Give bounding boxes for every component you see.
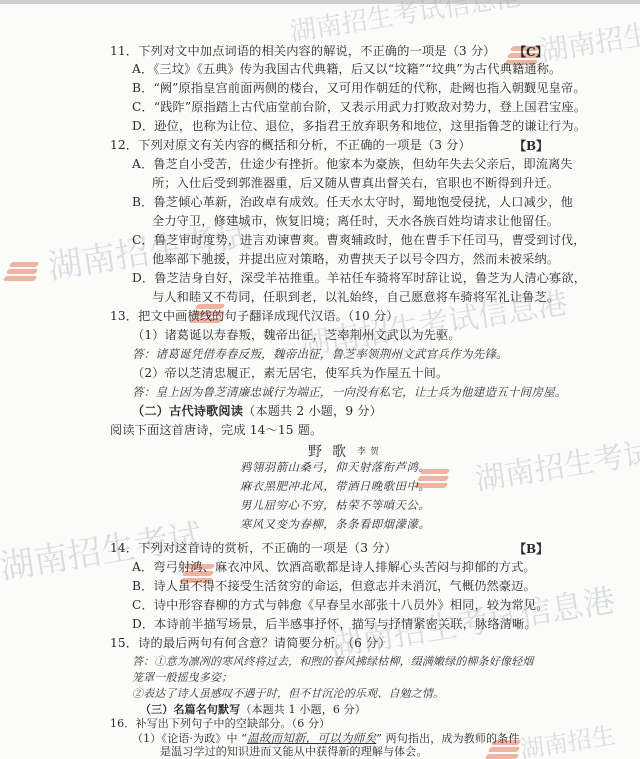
section2-heading-row: （二）古代诗歌阅读（本题共 2 小题，9 分） [132, 403, 382, 419]
section3-heading: （三）名篇名句默写 [140, 703, 240, 716]
q11-option-a: A．《三坟》《五典》传为我国古代典籍，后又以“坟籍”“坟典”为古代典籍通称。 [132, 61, 561, 77]
poem-line-3: 男儿屈穷心不穷，枯荣不等嗔天公。 [240, 498, 430, 514]
poem-line-2: 麻衣黑肥冲北风，带酒日晚歌田中。 [240, 479, 430, 495]
q14-option-c: C．诗中形容春柳的方式与韩愈《早春呈水部张十八员外》相同，较为常见。 [132, 597, 549, 613]
q13-answer2: 答：皇上因为鲁芝清廉忠诚行为端正，一向没有私宅，让士兵为他建造五十间房屋。 [132, 384, 567, 400]
section2-heading: （二）古代诗歌阅读 [132, 404, 243, 418]
q14-option-b: B．诗人虽不得不接受生活贫穷的命运，但意志并未消沉，气概仍然豪迈。 [132, 578, 536, 594]
q15-answer-line2: 笼罩一般摇曳多姿； [132, 670, 232, 686]
q13-answer1: 答：诸葛诞凭借寿春反叛，魏帝出征，鲁芝率领荆州文武官兵作为先锋。 [132, 346, 508, 362]
section3-note: （本题共 1 小题，6 分） [240, 703, 366, 716]
q13-item1: （1）诸葛诞以寿春叛，魏帝出征，芝率荆州文武以为先驱。 [132, 327, 461, 343]
q12-option-d: D．鲁芝洁身自好，深受羊祜推重。羊祜任车骑将军时辞让说，鲁芝为人清心寡欲， [132, 270, 586, 286]
q12-option-c: C．鲁芝审时度势，进言劝谏曹爽。曹爽辅政时，他在曹手下任司马，曹受到讨伐， [132, 232, 586, 248]
q12-option-b-cont: 全力守卫，修建城市，恢复旧境；离任时，天水各族百姓均请求让他留任。 [152, 213, 559, 229]
q14-option-a: A．弯弓射鸿、麻衣冲风、饮酒高歌都是诗人排解心头苦闷与抑郁的方式。 [132, 559, 536, 575]
q15-stem-visible: 15．诗的最后两句有何含意？请简要分析。（6 分） [110, 635, 391, 651]
q11-option-b: B．“阙”原指皇宫前面两侧的楼台，又可用作朝廷的代称，赴阙也指入朝觐见皇帝。 [132, 80, 586, 96]
q12-answer-key: 【B】 [514, 137, 548, 154]
q11-stem: 11．下列对文中加点词语的相关内容的解说，不正确的一项是（3 分） [110, 43, 496, 59]
q16-item1-blank-answer: 温故而知新，可以为师矣 [247, 731, 376, 745]
q11-option-c: C．“践阼”原指踏上古代庙堂前台阶，又表示用武力打败敌对势力，登上国君宝座。 [132, 99, 586, 115]
q15-answer-line1: 答：①意为凛冽的寒风终将过去，和煦的春风拂绿枯柳，缀满嫩绿的柳条好像轻烟 [132, 654, 533, 670]
poem-line-1: 鸦翎羽箭山桑弓，仰天射落衔芦鸿。 [240, 460, 430, 476]
q12-option-c-cont: 他率部下驰援，并提出应对策略，劝曹挟天子以号令四方，然而未被采纳。 [152, 251, 559, 267]
poem-author: 李贺 [357, 444, 383, 457]
poem-title: 野歌 [308, 441, 356, 461]
section2-intro: 阅读下面这首唐诗，完成 14～15 题。 [110, 422, 322, 438]
q14-answer-key: 【B】 [514, 540, 548, 557]
q12-option-d-cont: 与人和睦又不苟同，任职到老，以礼始终，自己愿意将车骑将军礼让鲁芝。 [152, 289, 559, 305]
q13-item2: （2）帝以芝清忠履正，素无居宅，使军兵为作屋五十间。 [132, 365, 448, 381]
q14-stem: 14．下列对这首诗的赏析，不正确的一项是（3 分） [110, 540, 397, 556]
q12-option-b: B．鲁芝倾心革新，治政卓有成效。任天水太守时，蜀地饱受侵扰，人口减少，他 [132, 194, 573, 210]
poem-line-4: 寒风又变为春柳，条条看即烟濛濛。 [240, 517, 430, 533]
q11-answer-key: 【C】 [514, 43, 548, 60]
q12-option-a-cont: 所；入仕后受到郭淮器重，后又随从曹真出督关右，官职也不断得到升迁。 [152, 175, 559, 191]
q12-option-a: A．鲁芝自小受苦，仕途少有挫折。他家本为豪族，但幼年失去父亲后，即流离失 [132, 156, 573, 172]
q12-stem: 12．下列对原文有关内容的概括和分析，不正确的一项是（3 分） [110, 137, 471, 153]
q11-option-d: D．逊位，也称为让位、退位，多指君王放弃职务和地位，这里指鲁芝的谦让行为。 [132, 118, 586, 134]
q13-stem: 13．把文中画横线的句子翻译成现代汉语。（10 分） [110, 308, 399, 324]
q16-item1-cont: 是温习学过的知识进而又能从中获得新的理解与体会。 [160, 744, 428, 759]
q14-option-d: D．本诗前半描写场景，后半感事抒怀，描写与抒情紧密关联，脉络清晰。 [132, 616, 537, 632]
q15-answer-line3: ②表达了诗人虽感叹不遇于时，但不甘沉沦的乐观、自勉之情。 [132, 686, 444, 702]
section2-note: （本题共 2 小题，9 分） [243, 404, 382, 418]
